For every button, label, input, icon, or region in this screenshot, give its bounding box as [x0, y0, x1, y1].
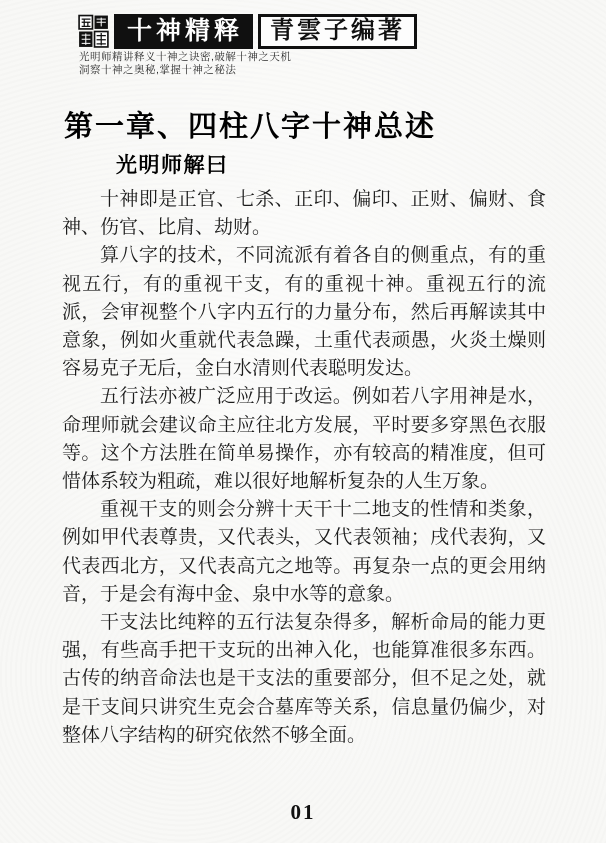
header-banner: 十神精释 青雲子编著 — [78, 14, 417, 49]
paragraph-5: 干支法比纯粹的五行法复杂得多，解析命局的能力更强，有些高手把干支玩的出神入化，也… — [62, 609, 546, 750]
tagline-line-1: 光明师精讲释义十神之诀密,破解十神之天机 — [79, 51, 291, 64]
paragraph-2: 算八字的技术，不同流派有着各自的侧重点，有的重视五行，有的重视干支，有的重视十神… — [62, 242, 546, 383]
publisher-seal-icon — [78, 14, 109, 49]
paragraph-4: 重视干支的则会分辨十天干十二地支的性情和类象，例如甲代表尊贵，又代表头，又代表领… — [62, 496, 546, 609]
paragraph-3: 五行法亦被广泛应用于改运。例如若八字用神是水，命理师就会建议命主应往北方发展，平… — [62, 383, 546, 496]
page-number: 01 — [0, 800, 606, 825]
paragraph-1: 十神即是正官、七杀、正印、偏印、正财、偏财、食神、伤官、比肩、劫财。 — [62, 186, 546, 242]
body-text: 十神即是正官、七杀、正印、偏印、正财、偏财、食神、伤官、比肩、劫财。 算八字的技… — [62, 186, 546, 750]
series-title: 十神精释 — [114, 14, 253, 49]
book-page: 十神精释 青雲子编著 光明师精讲释义十神之诀密,破解十神之天机 洞察十神之奥秘,… — [0, 0, 606, 843]
author-credit: 青雲子编著 — [258, 14, 417, 49]
chapter-subtitle: 光明师解曰 — [116, 149, 229, 179]
chapter-title: 第一章、四柱八字十神总述 — [64, 104, 436, 145]
header-tagline: 光明师精讲释义十神之诀密,破解十神之天机 洞察十神之奥秘,掌握十神之秘法 — [79, 51, 291, 77]
tagline-line-2: 洞察十神之奥秘,掌握十神之秘法 — [79, 64, 291, 77]
